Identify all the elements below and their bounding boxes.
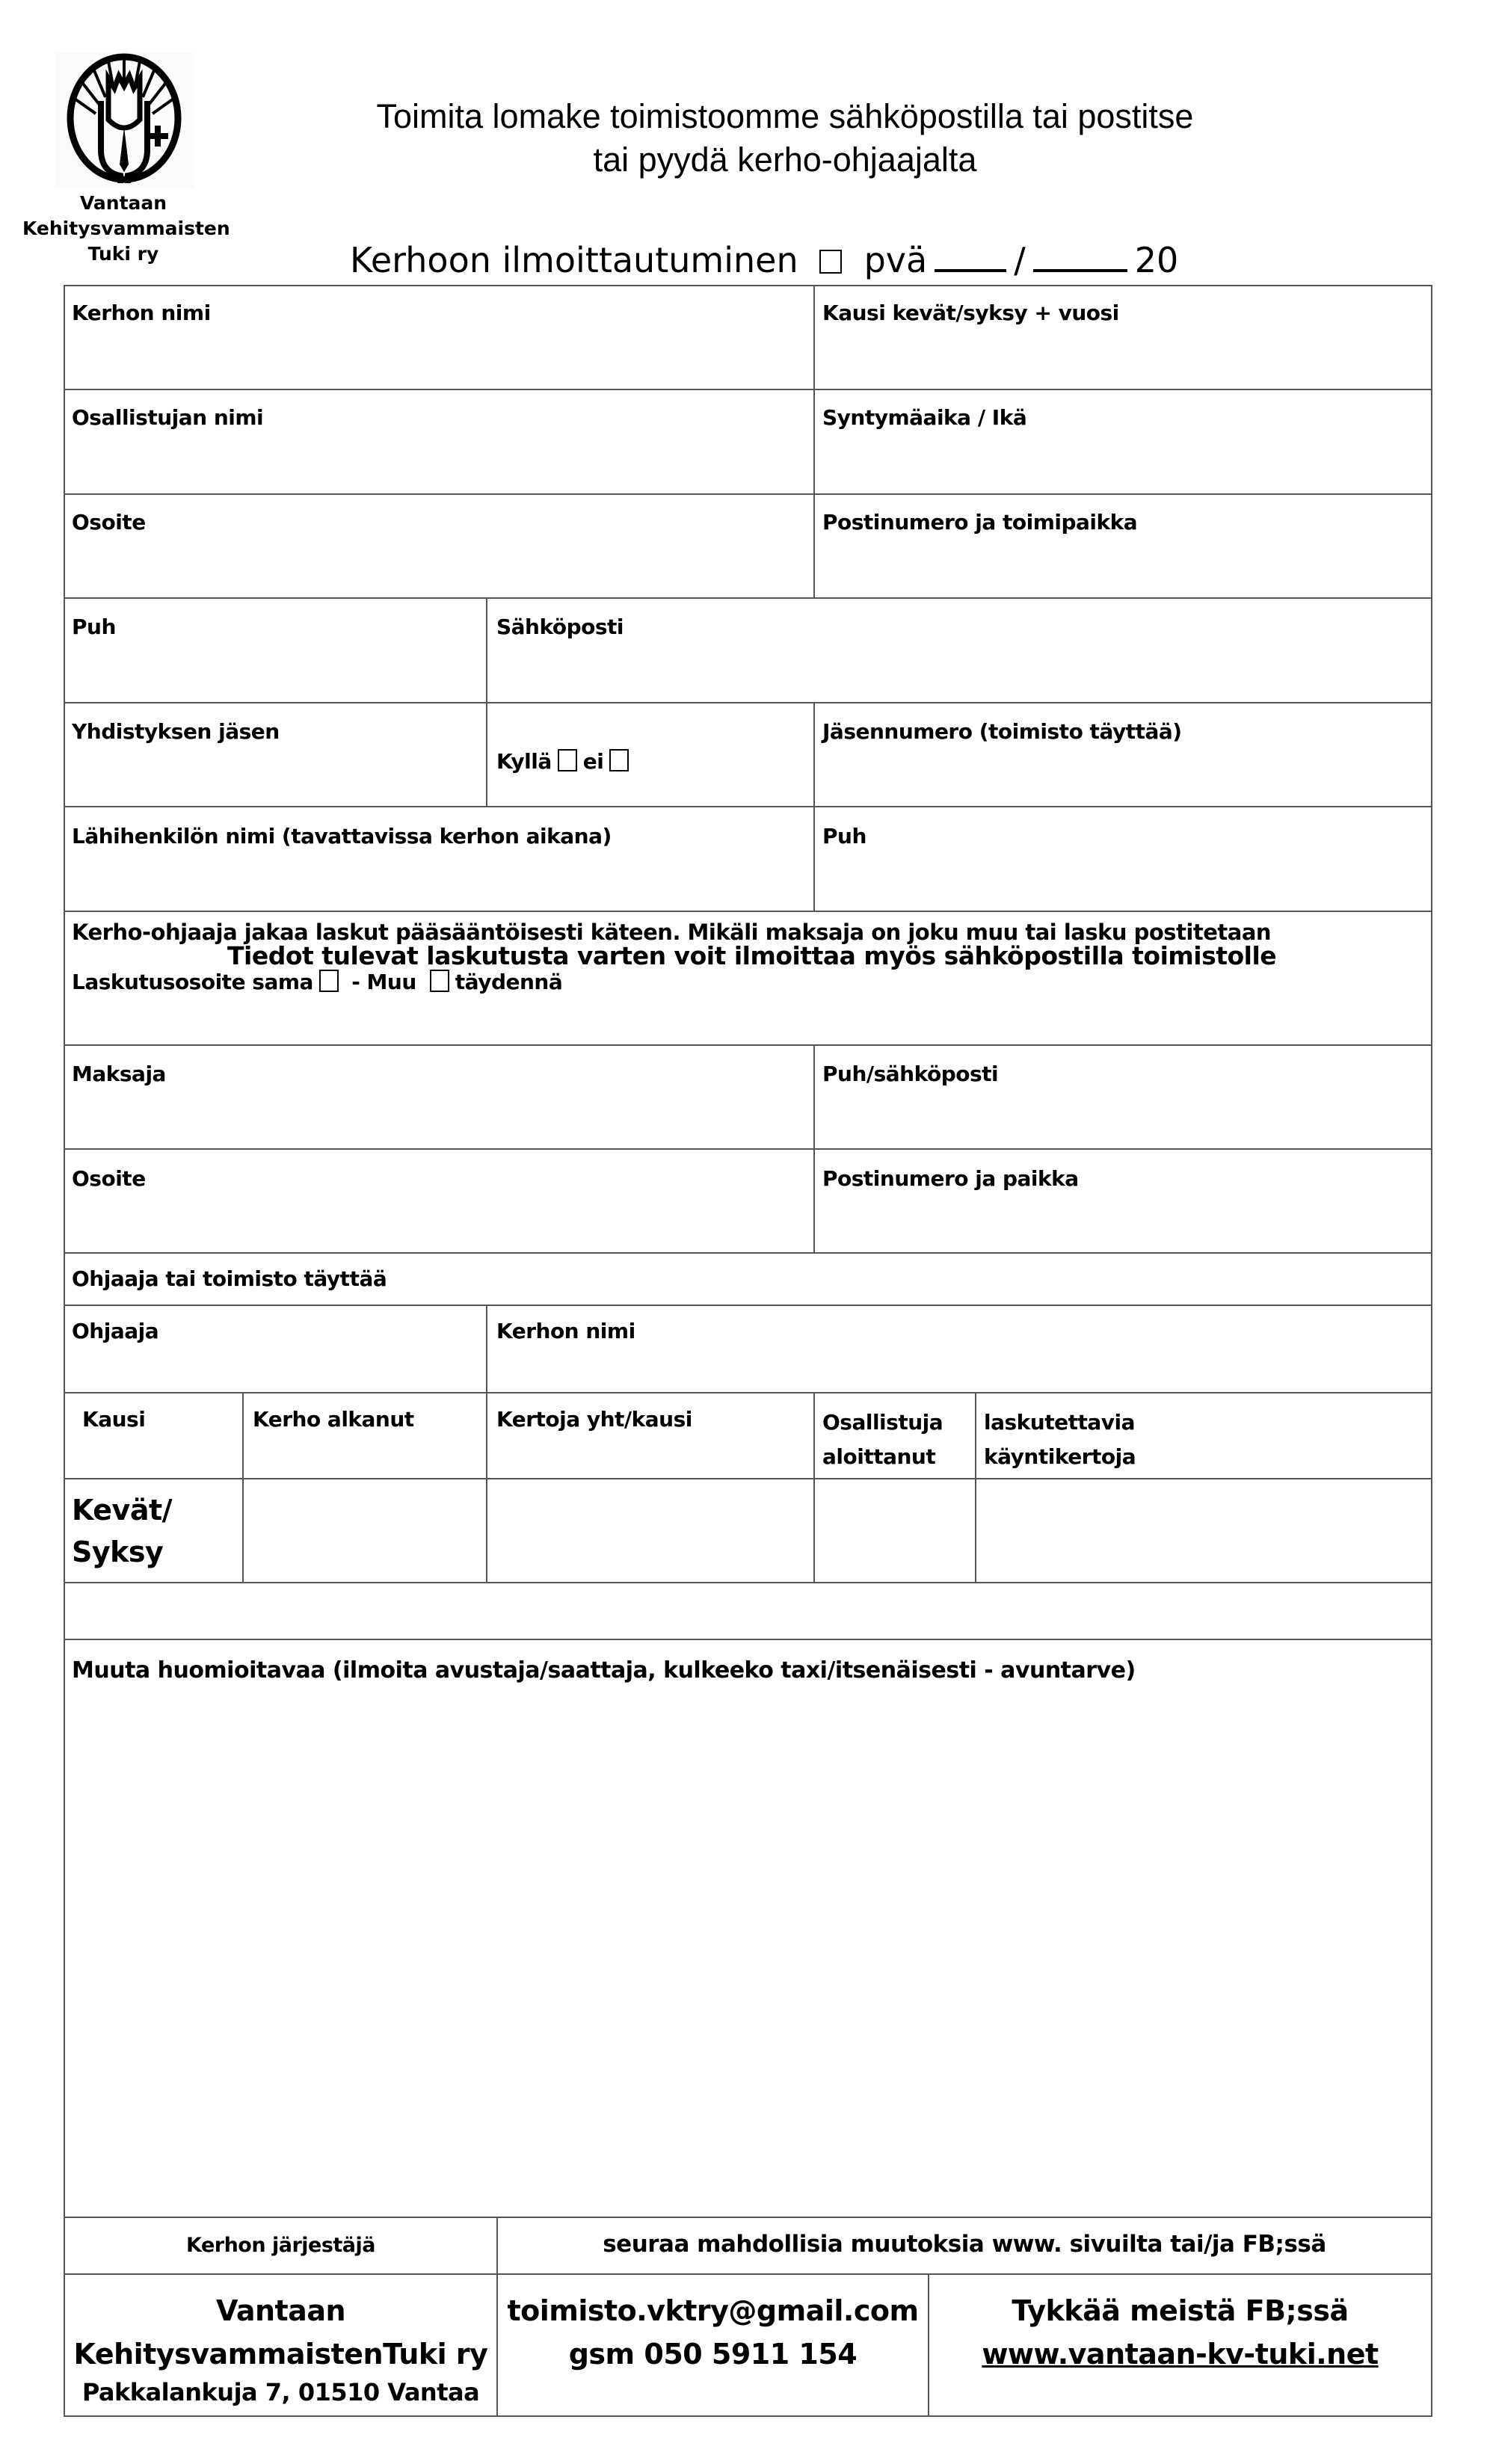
row-divider <box>64 911 1432 912</box>
field-payer-postal[interactable]: Postinumero ja paikka <box>822 1165 1079 1193</box>
row-divider <box>64 2273 1432 2275</box>
col-header-total-times: Kertoja yht/kausi <box>496 1405 692 1434</box>
footer-phone: gsm 050 5911 154 <box>498 2332 928 2376</box>
table-border-right <box>1431 285 1432 2416</box>
field-postal-city[interactable]: Postinumero ja toimipaikka <box>822 508 1137 537</box>
field-payer-address[interactable]: Osoite <box>72 1165 146 1193</box>
same-address-checkbox[interactable] <box>319 970 339 992</box>
member-choice: Kylläei <box>496 748 635 776</box>
row-divider <box>64 702 1432 703</box>
notes-area[interactable] <box>65 1697 1430 2213</box>
row-divider <box>64 1148 1432 1150</box>
yes-label: Kyllä <box>496 749 552 774</box>
office-section-title: Ohjaaja tai toimisto täyttää <box>72 1265 387 1293</box>
season-value-line2: Syksy <box>72 1531 163 1573</box>
billing-note-2: Tiedot tulevat laskutusta varten voit il… <box>227 942 1276 970</box>
footer-org-address: Pakkalankuja 7, 01510 Vantaa <box>65 2376 496 2409</box>
col-divider <box>486 597 487 806</box>
blank-row[interactable] <box>65 1583 1430 1638</box>
field-birthdate-age[interactable]: Syntymäaika / Ikä <box>822 404 1026 432</box>
field-payer-contact[interactable]: Puh/sähköposti <box>822 1060 998 1088</box>
field-club-name[interactable]: Kerhon nimi <box>72 299 211 327</box>
date-separator: / <box>1014 238 1026 283</box>
instruction-line-1: Toimita lomake toimistoomme sähköpostill… <box>299 96 1271 138</box>
org-name-line: Tuki ry <box>22 241 224 267</box>
footer-follow-note: seuraa mahdollisia muutoksia www. sivuil… <box>498 2230 1431 2258</box>
yes-checkbox[interactable] <box>558 749 577 771</box>
field-member-number[interactable]: Jäsennumero (toimisto täyttää) <box>822 718 1182 746</box>
other-label: - Muu <box>351 970 416 994</box>
field-season-year[interactable]: Kausi kevät/syksy + vuosi <box>822 299 1119 327</box>
fill-in-label: täydennä <box>455 970 562 994</box>
col-header-club-started: Kerho alkanut <box>253 1405 414 1434</box>
row-divider <box>64 1392 1432 1393</box>
col-header-billable-visits: laskutettavia käyntikertoja <box>984 1405 1163 1474</box>
club-started-cell[interactable] <box>244 1479 484 1581</box>
total-times-cell[interactable] <box>487 1479 812 1581</box>
footer-fb-like: Tykkää meistä FB;ssä <box>929 2289 1431 2332</box>
row-divider <box>64 597 1432 599</box>
row-divider <box>64 493 1432 495</box>
date-day-field[interactable] <box>935 239 1006 272</box>
notes-label: Muuta huomioitavaa (ilmoita avustaja/saa… <box>72 1657 1136 1685</box>
billable-visits-cell[interactable] <box>976 1479 1430 1581</box>
field-instructor[interactable]: Ohjaaja <box>72 1317 158 1346</box>
field-association-member: Yhdistyksen jäsen <box>72 718 280 746</box>
other-address-checkbox[interactable] <box>430 970 449 992</box>
season-value-line1: Kevät/ <box>72 1489 172 1531</box>
col-header-season: Kausi <box>82 1405 145 1434</box>
instruction-line-2: tai pyydä kerho-ohjaajalta <box>299 139 1271 181</box>
row-divider <box>64 806 1432 807</box>
row-divider <box>64 1305 1432 1306</box>
footer-org-line1: Vantaan <box>65 2289 496 2332</box>
logo <box>55 52 194 188</box>
field-contact-phone[interactable]: Puh <box>822 822 866 851</box>
field-phone[interactable]: Puh <box>72 613 116 641</box>
row-divider <box>64 2217 1432 2218</box>
date-label: pvä <box>864 238 928 283</box>
field-address[interactable]: Osoite <box>72 508 146 537</box>
form-title-row: Kerhoon ilmoittautuminen pvä / 20 <box>350 238 1178 283</box>
footer-website-link[interactable]: www.vantaan-kv-tuki.net <box>929 2332 1431 2376</box>
field-payer[interactable]: Maksaja <box>72 1060 166 1088</box>
row-divider <box>64 1252 1432 1254</box>
billing-address-choice: Laskutusosoite sama - Muutäydennä <box>72 968 562 997</box>
form-title-checkbox[interactable] <box>819 250 842 274</box>
date-month-field[interactable] <box>1033 239 1127 272</box>
row-divider <box>64 1639 1432 1640</box>
col-divider <box>813 702 815 911</box>
col-divider <box>813 285 815 597</box>
tulip-circle-cross-logo-icon <box>55 52 194 188</box>
row-divider <box>64 1044 1432 1046</box>
field-contact-person[interactable]: Lähihenkilön nimi (tavattavissa kerhon a… <box>72 822 612 851</box>
org-name-line: Kehitysvammaisten <box>22 216 224 241</box>
row-divider <box>64 389 1432 390</box>
org-name-line: Vantaan <box>22 191 224 216</box>
field-email[interactable]: Sähköposti <box>496 613 624 641</box>
col-header-participant-started: Osallistuja aloittanut <box>822 1405 964 1474</box>
table-border-bottom <box>64 2415 1432 2417</box>
no-checkbox[interactable] <box>609 749 629 771</box>
col-divider <box>813 1044 815 1252</box>
footer-email[interactable]: toimisto.vktry@gmail.com <box>498 2289 928 2332</box>
year-prefix: 20 <box>1135 238 1179 283</box>
row-divider <box>64 285 1432 286</box>
same-address-label: Laskutusosoite sama <box>72 970 313 994</box>
field-office-club-name[interactable]: Kerhon nimi <box>496 1317 635 1346</box>
field-participant-name[interactable]: Osallistujan nimi <box>72 404 263 432</box>
participant-started-cell[interactable] <box>815 1479 973 1581</box>
footer-organizer-label: Kerhon järjestäjä <box>65 2232 496 2260</box>
no-label: ei <box>583 749 604 774</box>
footer-org-line2: KehitysvammaistenTuki ry <box>65 2332 496 2376</box>
form-title: Kerhoon ilmoittautuminen <box>350 238 798 283</box>
